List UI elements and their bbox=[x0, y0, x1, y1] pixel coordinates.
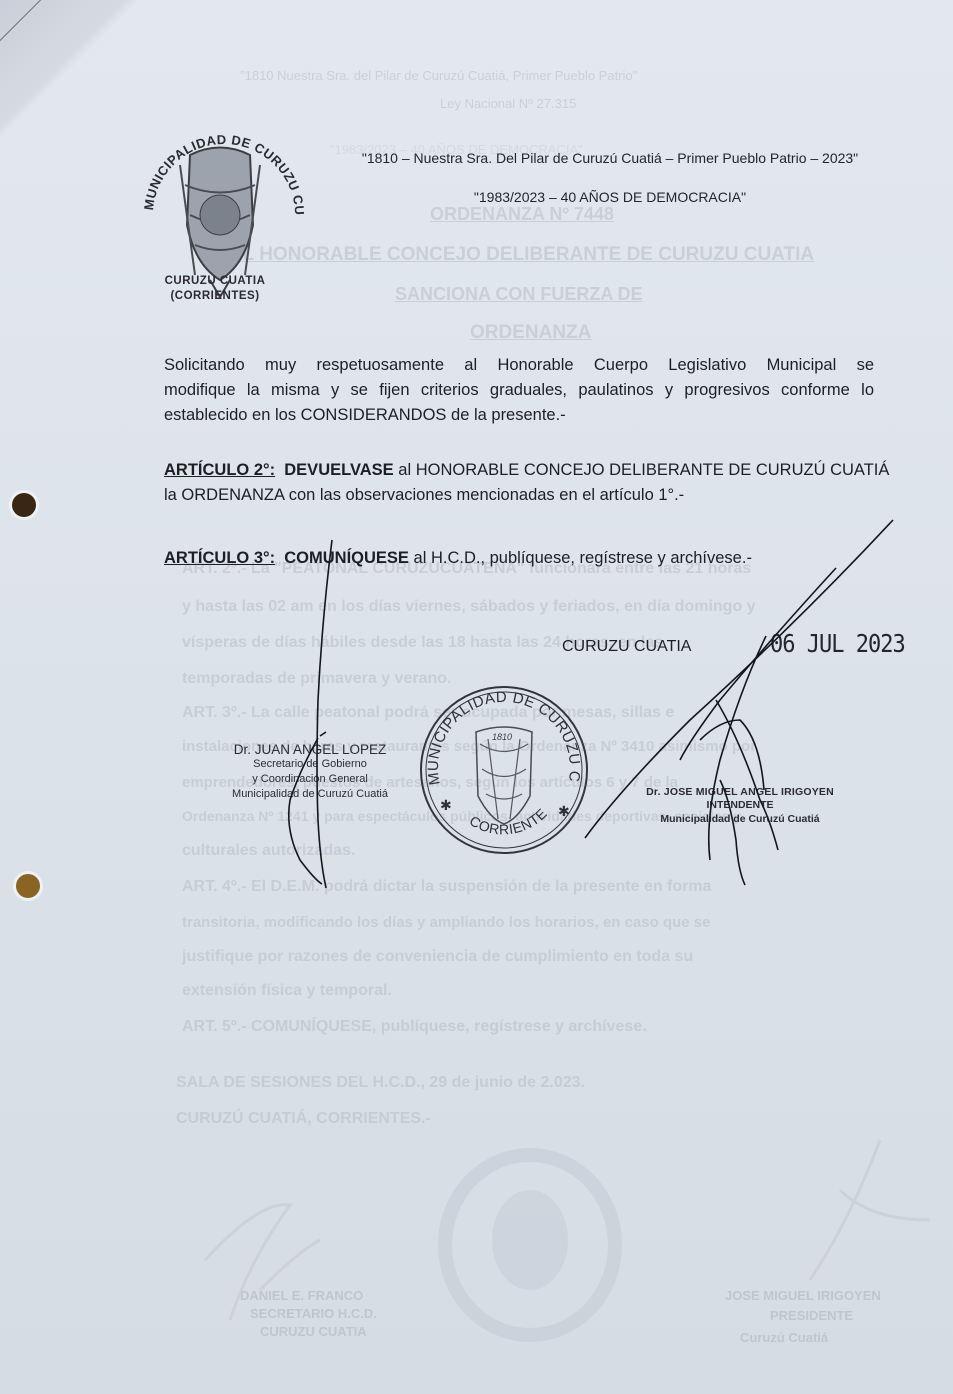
article-2-verb: DEVUELVASE bbox=[284, 461, 393, 479]
signatory-right-role: INTENDENTE bbox=[643, 798, 837, 812]
article-2: ARTÍCULO 2°: DEVUELVASE al HONORABLE CON… bbox=[164, 458, 904, 508]
motto-line-2: "1983/2023 – 40 AÑOS DE DEMOCRACIA" bbox=[330, 189, 890, 205]
star-icon: ✱ bbox=[440, 797, 452, 813]
motto-line-1: "1810 – Nuestra Sra. Del Pilar de Curuzú… bbox=[330, 150, 890, 166]
svg-text:PRESIDENTE: PRESIDENTE bbox=[770, 1308, 853, 1323]
signatory-right: Dr. JOSE MIGUEL ANGEL IRIGOYEN INTENDENT… bbox=[643, 786, 837, 826]
intro-paragraph: Solicitando muy respetuosamente al Honor… bbox=[164, 353, 874, 428]
article-2-line-2: la ORDENANZA con las observaciones menci… bbox=[164, 483, 904, 508]
signatory-left-name: Dr. JUAN ANGEL LOPEZ bbox=[212, 742, 408, 757]
svg-text:SECRETARIO H.C.D.: SECRETARIO H.C.D. bbox=[250, 1306, 377, 1321]
svg-text:Curuzú Cuatiá: Curuzú Cuatiá bbox=[740, 1330, 829, 1345]
article-3: ARTÍCULO 3°: COMUNÍQUESE al H.C.D., publ… bbox=[164, 546, 904, 571]
place: CURUZU CUATIA bbox=[562, 638, 691, 656]
intro-line: Solicitando muy respetuosamente al Honor… bbox=[164, 353, 874, 378]
municipal-seal-icon: MUNICIPALIDAD DE CURUZU CUATIA CORRIENTE… bbox=[418, 684, 590, 856]
punch-hole bbox=[16, 874, 40, 898]
signatory-left-role: y Coordinación General bbox=[212, 772, 408, 787]
document-page: "1810 Nuestra Sra. del Pilar de Curuzú C… bbox=[0, 0, 953, 1394]
article-3-label: ARTÍCULO 3°: bbox=[164, 549, 275, 567]
emblem-caption-city: CURUZU CUATIA bbox=[140, 275, 290, 287]
signatory-left-role: Secretario de Gobierno bbox=[212, 757, 408, 772]
article-2-text: al HONORABLE CONCEJO DELIBERANTE DE CURU… bbox=[394, 461, 890, 479]
svg-text:CURUZU CUATIA: CURUZU CUATIA bbox=[260, 1324, 367, 1339]
intro-line: establecido en los CONSIDERANDOS de la p… bbox=[164, 403, 874, 428]
date-stamp: 06 JUL 2023 bbox=[770, 630, 905, 659]
article-3-verb: COMUNÍQUESE bbox=[284, 549, 409, 567]
article-3-text: al H.C.D., publíquese, regístrese y arch… bbox=[409, 549, 752, 567]
intro-line: modifique la misma y se fijen criterios … bbox=[164, 378, 874, 403]
signatory-left-role: Municipalidad de Curuzú Cuatiá bbox=[212, 787, 408, 802]
punch-hole bbox=[12, 493, 36, 517]
svg-text:JOSE MIGUEL IRIGOYEN: JOSE MIGUEL IRIGOYEN bbox=[725, 1288, 881, 1303]
signatory-right-name: Dr. JOSE MIGUEL ANGEL IRIGOYEN bbox=[643, 786, 837, 798]
emblem-caption-province: (CORRIENTES) bbox=[140, 290, 290, 302]
star-icon: ✱ bbox=[558, 803, 570, 819]
signatory-right-role: Municipalidad de Curuzú Cuatiá bbox=[643, 812, 837, 826]
svg-text:1810: 1810 bbox=[492, 732, 512, 742]
article-2-label: ARTÍCULO 2°: bbox=[164, 461, 275, 479]
signatory-left: Dr. JUAN ANGEL LOPEZ Secretario de Gobie… bbox=[212, 742, 408, 802]
svg-text:DANIEL E. FRANCO: DANIEL E. FRANCO bbox=[240, 1288, 363, 1303]
